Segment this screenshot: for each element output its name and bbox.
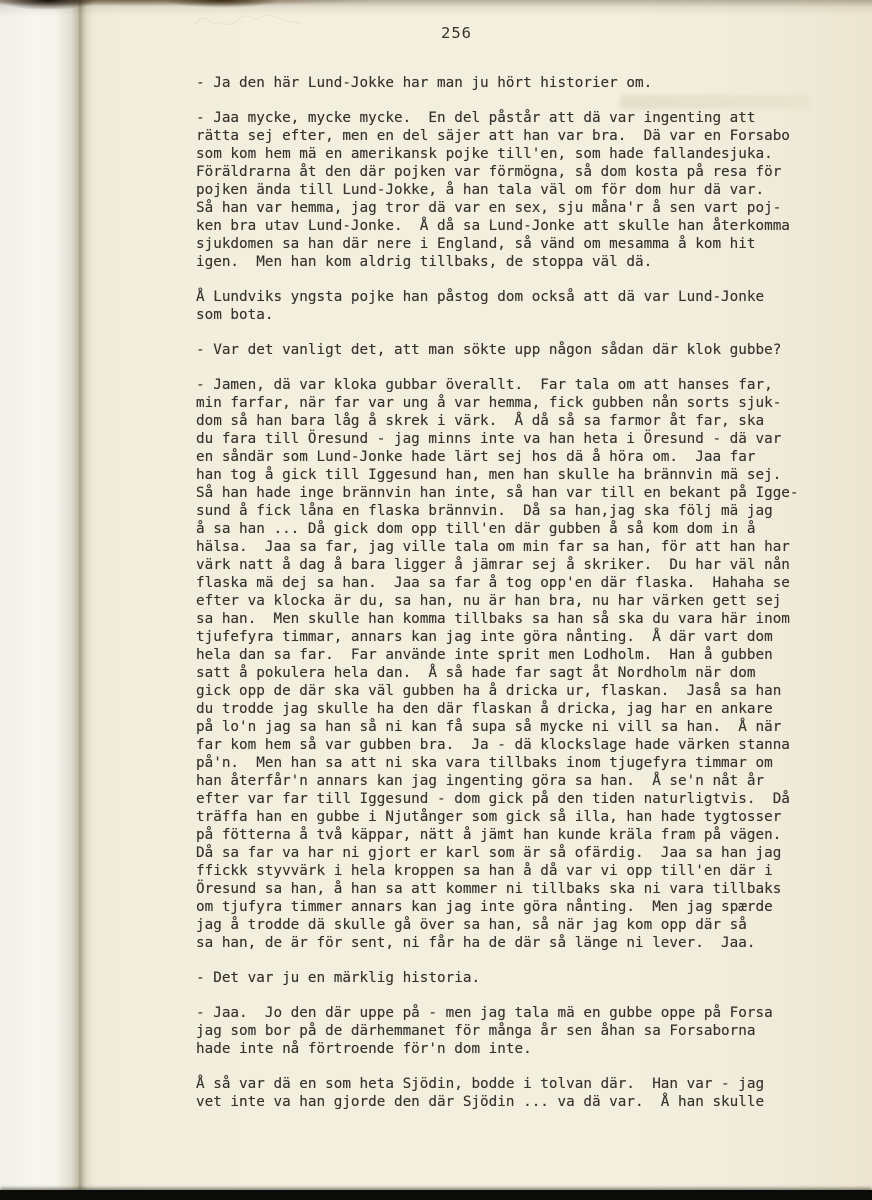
scanned-book-page: 256 - Ja den här Lund-Jokke har man ju h… xyxy=(0,0,872,1200)
paragraph: - Ja den här Lund-Jokke har man ju hört … xyxy=(196,74,846,92)
paragraph: - Det var ju en märklig historia. xyxy=(196,969,846,987)
top-scan-shadow xyxy=(0,0,872,16)
paragraph: - Jaa mycke, mycke mycke. En del påstår … xyxy=(196,109,846,271)
paragraph: - Var det vanligt det, att man sökte upp… xyxy=(196,341,846,359)
pencil-scribble xyxy=(192,8,312,36)
paragraph: - Jaa. Jo den där uppe på - men jag tala… xyxy=(196,1004,846,1058)
previous-page-edge xyxy=(0,0,80,1200)
transcript-text-block: - Ja den här Lund-Jokke har man ju hört … xyxy=(196,74,846,1128)
bottom-scan-bar xyxy=(0,1190,872,1200)
paragraph: - Jamen, dä var kloka gubbar överallt. F… xyxy=(196,376,846,952)
paragraph: Å Lundviks yngsta pojke han påstog dom o… xyxy=(196,288,846,324)
paragraph: Å så var dä en som heta Sjödin, bodde i … xyxy=(196,1075,846,1111)
page-number: 256 xyxy=(441,24,472,42)
book-gutter-crease xyxy=(80,0,96,1200)
